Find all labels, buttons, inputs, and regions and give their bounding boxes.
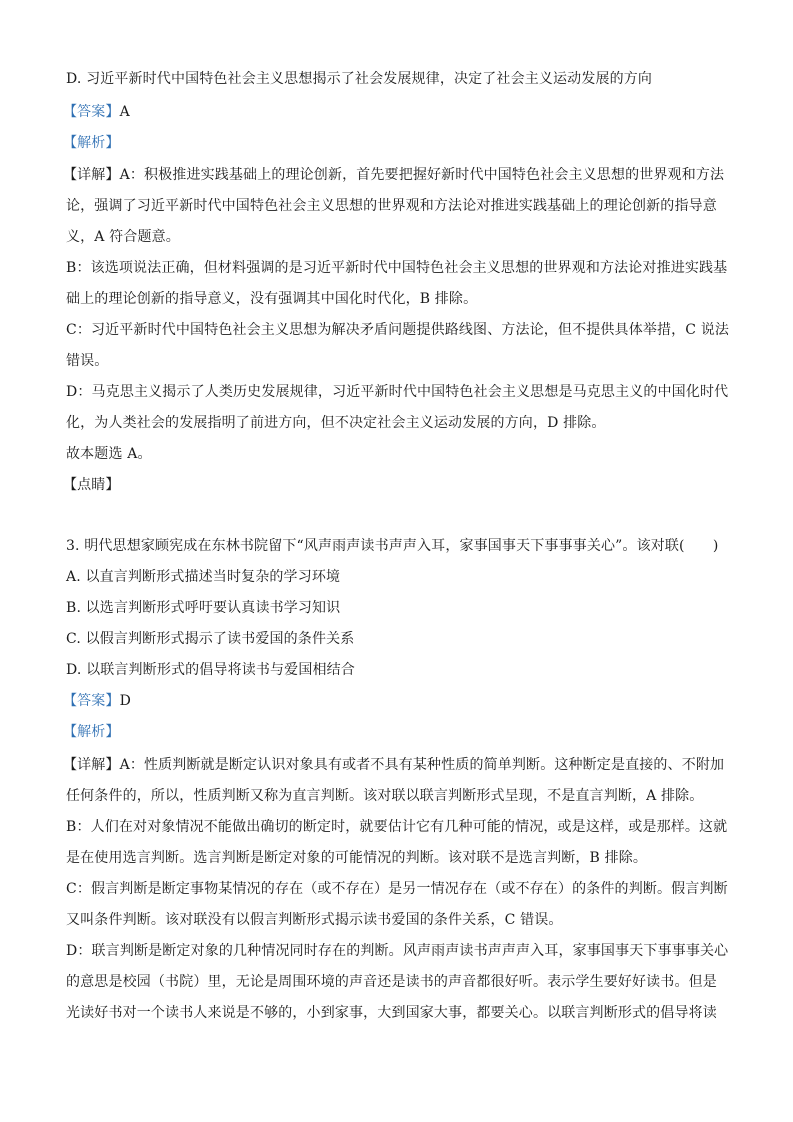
- analysis-label: 【解析】: [63, 135, 120, 151]
- answer-label: 【答案】: [63, 693, 120, 709]
- q3-detail-line: 又叫条件判断。该对联没有以假言判断形式揭示读书爱国的条件关系，C 错误。: [66, 911, 731, 929]
- answer-label: 【答案】: [63, 104, 120, 120]
- q2-detail-line: C：习近平新时代中国特色社会主义思想为解决矛盾问题提供路线图、方法论，但不提供具…: [66, 321, 731, 339]
- q3-detail-line: 光读好书对一个读书人来说是不够的，小到家事，大到国家大事，都要关心。以联言判断形…: [66, 1004, 731, 1022]
- q3-analysis-label: 【解析】: [63, 723, 728, 741]
- q3-option-b: B. 以选言判断形式呼吁要认真读书学习知识: [66, 599, 731, 617]
- comment-label: 【点睛】: [63, 477, 120, 493]
- q3-option-c: C. 以假言判断形式揭示了读书爱国的条件关系: [66, 630, 731, 648]
- q2-detail-line: 论，强调了习近平新时代中国特色社会主义思想的世界观和方法论对推进实践基础上的理论…: [66, 197, 731, 215]
- q3-detail-line: 的意思是校园（书院）里，无论是周围环境的声音还是读书的声音都很好听。表示学生要好…: [66, 973, 731, 991]
- q3-option-a: A. 以直言判断形式描述当时复杂的学习环境: [66, 568, 731, 586]
- q3-option-d: D. 以联言判断形式的倡导将读书与爱国相结合: [66, 661, 731, 679]
- q2-detail-line: B：该选项说法正确，但材料强调的是习近平新时代中国特色社会主义思想的世界观和方法…: [66, 259, 731, 277]
- q3-detail-line: D：联言判断是断定对象的几种情况同时存在的判断。风声雨声读书声声声入耳，家事国事…: [66, 942, 731, 960]
- q3-stem: 3. 明代思想家顾宪成在东林书院留下“风声雨声读书声声入耳，家事国事天下事事事关…: [66, 537, 731, 555]
- q3-answer: 【答案】D: [63, 692, 728, 710]
- q3-detail-line: B：人们在对对象情况不能做出确切的断定时，就要估计它有几种可能的情况，或是这样，…: [66, 818, 731, 836]
- q2-option-d: D. 习近平新时代中国特色社会主义思想揭示了社会发展规律，决定了社会主义运动发展…: [66, 70, 731, 88]
- q3-detail-line: 是在使用选言判断。选言判断是断定对象的可能情况的判断。该对联不是选言判断，B 排…: [66, 849, 731, 867]
- q2-detail-line: 错误。: [66, 352, 731, 370]
- q3-detail-line: C：假言判断是断定事物某情况的存在（或不存在）是另一情况存在（或不存在）的条件的…: [66, 880, 731, 898]
- q3-detail-line: 任何条件的，所以，性质判断又称为直言判断。该对联以联言判断形式呈现，不是直言判断…: [66, 787, 731, 805]
- q3-detail-line: 【详解】A：性质判断就是断定认识对象具有或者不具有某种性质的简单判断。这种断定是…: [63, 756, 728, 774]
- document-page: D. 习近平新时代中国特色社会主义思想揭示了社会发展规律，决定了社会主义运动发展…: [0, 0, 793, 1122]
- q2-analysis-label: 【解析】: [63, 134, 728, 152]
- q2-detail-line: D：马克思主义揭示了人类历史发展规律，习近平新时代中国特色社会主义思想是马克思主…: [66, 383, 731, 401]
- q2-answer: 【答案】A: [63, 103, 728, 121]
- q2-detail-line: 础上的理论创新的指导意义，没有强调其中国化时代化，B 排除。: [66, 290, 731, 308]
- q2-detail-line: 【详解】A：积极推进实践基础上的理论创新，首先要把握好新时代中国特色社会主义思想…: [63, 166, 728, 184]
- q2-conclusion: 故本题选 A。: [66, 445, 731, 463]
- q2-detail-line: 化，为人类社会的发展指明了前进方向，但不决定社会主义运动发展的方向，D 排除。: [66, 414, 731, 432]
- q2-detail-line: 义，A 符合题意。: [66, 228, 731, 246]
- q2-comment-label: 【点睛】: [63, 476, 728, 494]
- answer-value: D: [120, 693, 131, 709]
- analysis-label: 【解析】: [63, 724, 120, 740]
- answer-value: A: [120, 104, 130, 120]
